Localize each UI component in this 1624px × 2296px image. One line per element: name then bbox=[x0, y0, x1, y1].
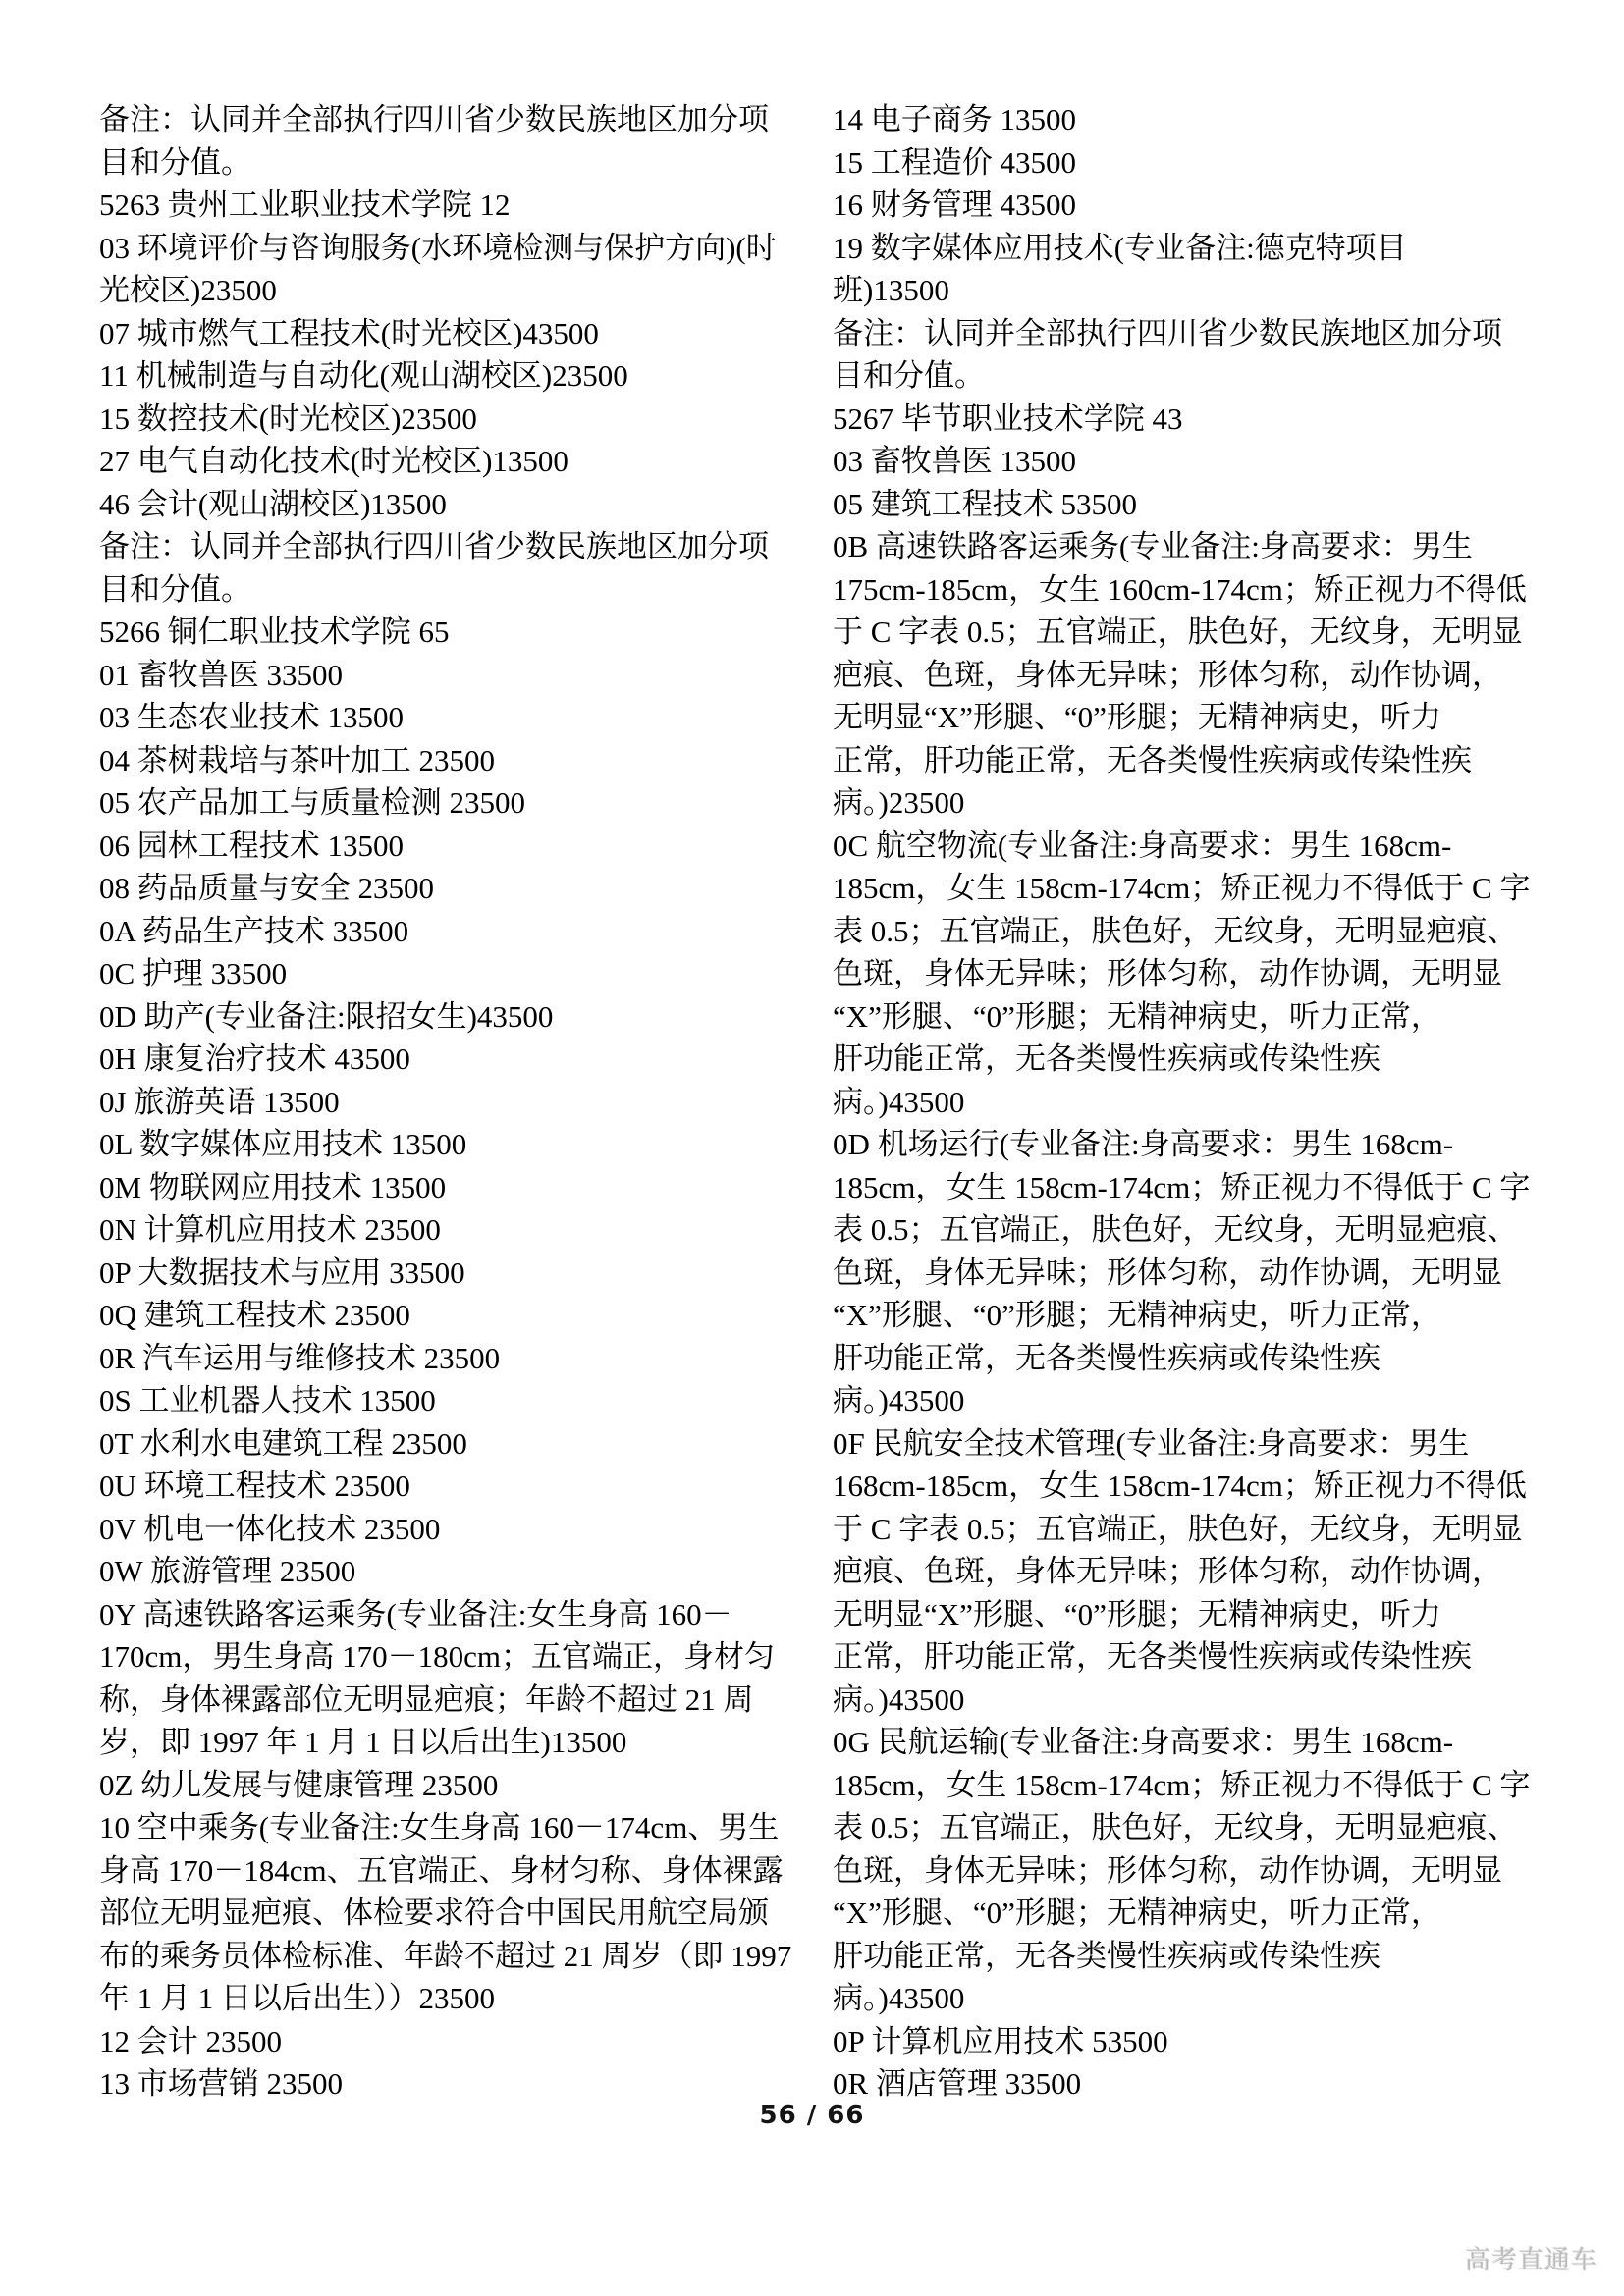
text-line: 病。)43500 bbox=[833, 1977, 1559, 2020]
text-line: 5266 铜仁职业技术学院 65 bbox=[99, 611, 826, 654]
text-line: “X”形腿、“0”形腿；无精神病史，听力正常， bbox=[833, 1294, 1559, 1337]
text-line: 色斑，身体无异味；形体匀称，动作协调，无明显 bbox=[833, 952, 1559, 995]
text-line: 0T 水利水电建筑工程 23500 bbox=[99, 1422, 826, 1466]
text-line: 0Q 建筑工程技术 23500 bbox=[99, 1294, 826, 1337]
text-line: 备注：认同并全部执行四川省少数民族地区加分项 bbox=[833, 312, 1559, 355]
text-line: 11 机械制造与自动化(观山湖校区)23500 bbox=[99, 354, 826, 398]
text-line: 肝功能正常，无各类慢性疾病或传染性疾 bbox=[833, 1337, 1559, 1380]
text-line: 0Y 高速铁路客运乘务(专业备注:女生身高 160－ bbox=[99, 1593, 826, 1636]
text-line: 色斑，身体无异味；形体匀称，动作协调，无明显 bbox=[833, 1849, 1559, 1893]
text-line: 0M 物联网应用技术 13500 bbox=[99, 1166, 826, 1209]
text-line: 05 建筑工程技术 53500 bbox=[833, 483, 1559, 526]
text-line: 布的乘务员体检标准、年龄不超过 21 周岁（即 1997 bbox=[99, 1935, 826, 1978]
text-line: 185cm，女生 158cm-174cm；矫正视力不得低于 C 字 bbox=[833, 1764, 1559, 1807]
text-line: 目和分值。 bbox=[833, 354, 1559, 398]
text-line: 肝功能正常，无各类慢性疾病或传染性疾 bbox=[833, 1038, 1559, 1081]
text-line: 色斑，身体无异味；形体匀称，动作协调，无明显 bbox=[833, 1252, 1559, 1295]
text-line: 0C 航空物流(专业备注:身高要求：男生 168cm- bbox=[833, 825, 1559, 868]
text-line: 班)13500 bbox=[833, 269, 1559, 312]
text-line: 0U 环境工程技术 23500 bbox=[99, 1465, 826, 1508]
text-line: “X”形腿、“0”形腿；无精神病史，听力正常， bbox=[833, 1892, 1559, 1935]
text-line: 15 数控技术(时光校区)23500 bbox=[99, 398, 826, 441]
text-line: 03 环境评价与咨询服务(水环境检测与保护方向)(时 bbox=[99, 227, 826, 270]
text-line: 168cm-185cm，女生 158cm-174cm；矫正视力不得低 bbox=[833, 1465, 1559, 1508]
text-line: 目和分值。 bbox=[99, 568, 826, 612]
text-line: 0G 民航运输(专业备注:身高要求：男生 168cm- bbox=[833, 1721, 1559, 1764]
text-line: 岁，即 1997 年 1 月 1 日以后出生)13500 bbox=[99, 1721, 826, 1764]
text-line: 07 城市燃气工程技术(时光校区)43500 bbox=[99, 312, 826, 355]
text-line: 175cm-185cm，女生 160cm-174cm；矫正视力不得低 bbox=[833, 568, 1559, 612]
text-line: 0J 旅游英语 13500 bbox=[99, 1081, 826, 1124]
text-line: 疤痕、色斑，身体无异味；形体匀称，动作协调， bbox=[833, 1550, 1559, 1593]
text-line: 称，身体裸露部位无明显疤痕；年龄不超过 21 周 bbox=[99, 1679, 826, 1722]
page-number: 56 / 66 bbox=[0, 2101, 1624, 2130]
text-line: 0R 汽车运用与维修技术 23500 bbox=[99, 1337, 826, 1380]
text-line: 0F 民航安全技术管理(专业备注:身高要求：男生 bbox=[833, 1422, 1559, 1466]
text-line: 正常，肝功能正常，无各类慢性疾病或传染性疾 bbox=[833, 739, 1559, 782]
text-line: 身高 170－184cm、五官端正、身材匀称、身体裸露 bbox=[99, 1849, 826, 1893]
text-line: 185cm，女生 158cm-174cm；矫正视力不得低于 C 字 bbox=[833, 1166, 1559, 1209]
text-line: 疤痕、色斑，身体无异味；形体匀称，动作协调， bbox=[833, 654, 1559, 697]
text-line: 0P 大数据技术与应用 33500 bbox=[99, 1252, 826, 1295]
text-line: 10 空中乘务(专业备注:女生身高 160－174cm、男生 bbox=[99, 1806, 826, 1849]
text-line: 13 市场营销 23500 bbox=[99, 2062, 826, 2106]
text-line: 05 农产品加工与质量检测 23500 bbox=[99, 781, 826, 825]
text-line: 肝功能正常，无各类慢性疾病或传染性疾 bbox=[833, 1935, 1559, 1978]
text-line: 04 茶树栽培与茶叶加工 23500 bbox=[99, 739, 826, 782]
text-line: 15 工程造价 43500 bbox=[833, 141, 1559, 185]
text-line: 16 财务管理 43500 bbox=[833, 184, 1559, 227]
text-line: 光校区)23500 bbox=[99, 269, 826, 312]
text-line: 于 C 字表 0.5；五官端正，肤色好，无纹身，无明显 bbox=[833, 611, 1559, 654]
watermark: 高考直通车 bbox=[1465, 2240, 1597, 2276]
text-line: 12 会计 23500 bbox=[99, 2020, 826, 2063]
text-line: 0D 助产(专业备注:限招女生)43500 bbox=[99, 995, 826, 1039]
text-line: 03 生态农业技术 13500 bbox=[99, 696, 826, 739]
text-line: 0V 机电一体化技术 23500 bbox=[99, 1508, 826, 1551]
text-line: 01 畜牧兽医 33500 bbox=[99, 654, 826, 697]
text-line: 0W 旅游管理 23500 bbox=[99, 1550, 826, 1593]
text-line: 目和分值。 bbox=[99, 141, 826, 185]
text-line: 表 0.5；五官端正，肤色好，无纹身，无明显疤痕、 bbox=[833, 910, 1559, 953]
text-line: 年 1 月 1 日以后出生））23500 bbox=[99, 1977, 826, 2020]
text-line: 06 园林工程技术 13500 bbox=[99, 825, 826, 868]
text-line: 表 0.5；五官端正，肤色好，无纹身，无明显疤痕、 bbox=[833, 1208, 1559, 1252]
text-line: 备注：认同并全部执行四川省少数民族地区加分项 bbox=[99, 525, 826, 568]
text-line: 0H 康复治疗技术 43500 bbox=[99, 1038, 826, 1081]
text-line: 14 电子商务 13500 bbox=[833, 98, 1559, 141]
text-line: 19 数字媒体应用技术(专业备注:德克特项目 bbox=[833, 227, 1559, 270]
text-line: 03 畜牧兽医 13500 bbox=[833, 440, 1559, 483]
text-line: 08 药品质量与安全 23500 bbox=[99, 867, 826, 910]
text-line: 27 电气自动化技术(时光校区)13500 bbox=[99, 440, 826, 483]
left-column: 备注：认同并全部执行四川省少数民族地区加分项目和分值。5263 贵州工业职业技术… bbox=[99, 98, 826, 2106]
text-line: 病。)23500 bbox=[833, 781, 1559, 825]
text-line: 0N 计算机应用技术 23500 bbox=[99, 1208, 826, 1252]
text-line: 5267 毕节职业技术学院 43 bbox=[833, 398, 1559, 441]
text-line: 0L 数字媒体应用技术 13500 bbox=[99, 1123, 826, 1166]
text-line: “X”形腿、“0”形腿；无精神病史，听力正常， bbox=[833, 995, 1559, 1039]
text-line: 表 0.5；五官端正，肤色好，无纹身，无明显疤痕、 bbox=[833, 1806, 1559, 1849]
text-line: 部位无明显疤痕、体检要求符合中国民用航空局颁 bbox=[99, 1892, 826, 1935]
document-page: 备注：认同并全部执行四川省少数民族地区加分项目和分值。5263 贵州工业职业技术… bbox=[0, 0, 1624, 2296]
text-line: 170cm，男生身高 170－180cm；五官端正，身材匀 bbox=[99, 1635, 826, 1679]
text-line: 0A 药品生产技术 33500 bbox=[99, 910, 826, 953]
text-line: 于 C 字表 0.5；五官端正，肤色好，无纹身，无明显 bbox=[833, 1508, 1559, 1551]
right-column: 14 电子商务 1350015 工程造价 4350016 财务管理 435001… bbox=[833, 98, 1559, 2106]
text-line: 0B 高速铁路客运乘务(专业备注:身高要求：男生 bbox=[833, 525, 1559, 568]
text-line: 病。)43500 bbox=[833, 1081, 1559, 1124]
text-line: 病。)43500 bbox=[833, 1679, 1559, 1722]
text-line: 0S 工业机器人技术 13500 bbox=[99, 1379, 826, 1422]
text-line: 正常，肝功能正常，无各类慢性疾病或传染性疾 bbox=[833, 1635, 1559, 1679]
text-line: 0R 酒店管理 33500 bbox=[833, 2062, 1559, 2106]
text-line: 0P 计算机应用技术 53500 bbox=[833, 2020, 1559, 2063]
text-line: 46 会计(观山湖校区)13500 bbox=[99, 483, 826, 526]
text-line: 0D 机场运行(专业备注:身高要求：男生 168cm- bbox=[833, 1123, 1559, 1166]
text-line: 5263 贵州工业职业技术学院 12 bbox=[99, 184, 826, 227]
text-line: 0Z 幼儿发展与健康管理 23500 bbox=[99, 1764, 826, 1807]
text-line: 0C 护理 33500 bbox=[99, 952, 826, 995]
text-line: 病。)43500 bbox=[833, 1379, 1559, 1422]
text-line: 无明显“X”形腿、“0”形腿；无精神病史，听力 bbox=[833, 696, 1559, 739]
text-line: 185cm，女生 158cm-174cm；矫正视力不得低于 C 字 bbox=[833, 867, 1559, 910]
text-line: 备注：认同并全部执行四川省少数民族地区加分项 bbox=[99, 98, 826, 141]
text-line: 无明显“X”形腿、“0”形腿；无精神病史，听力 bbox=[833, 1593, 1559, 1636]
